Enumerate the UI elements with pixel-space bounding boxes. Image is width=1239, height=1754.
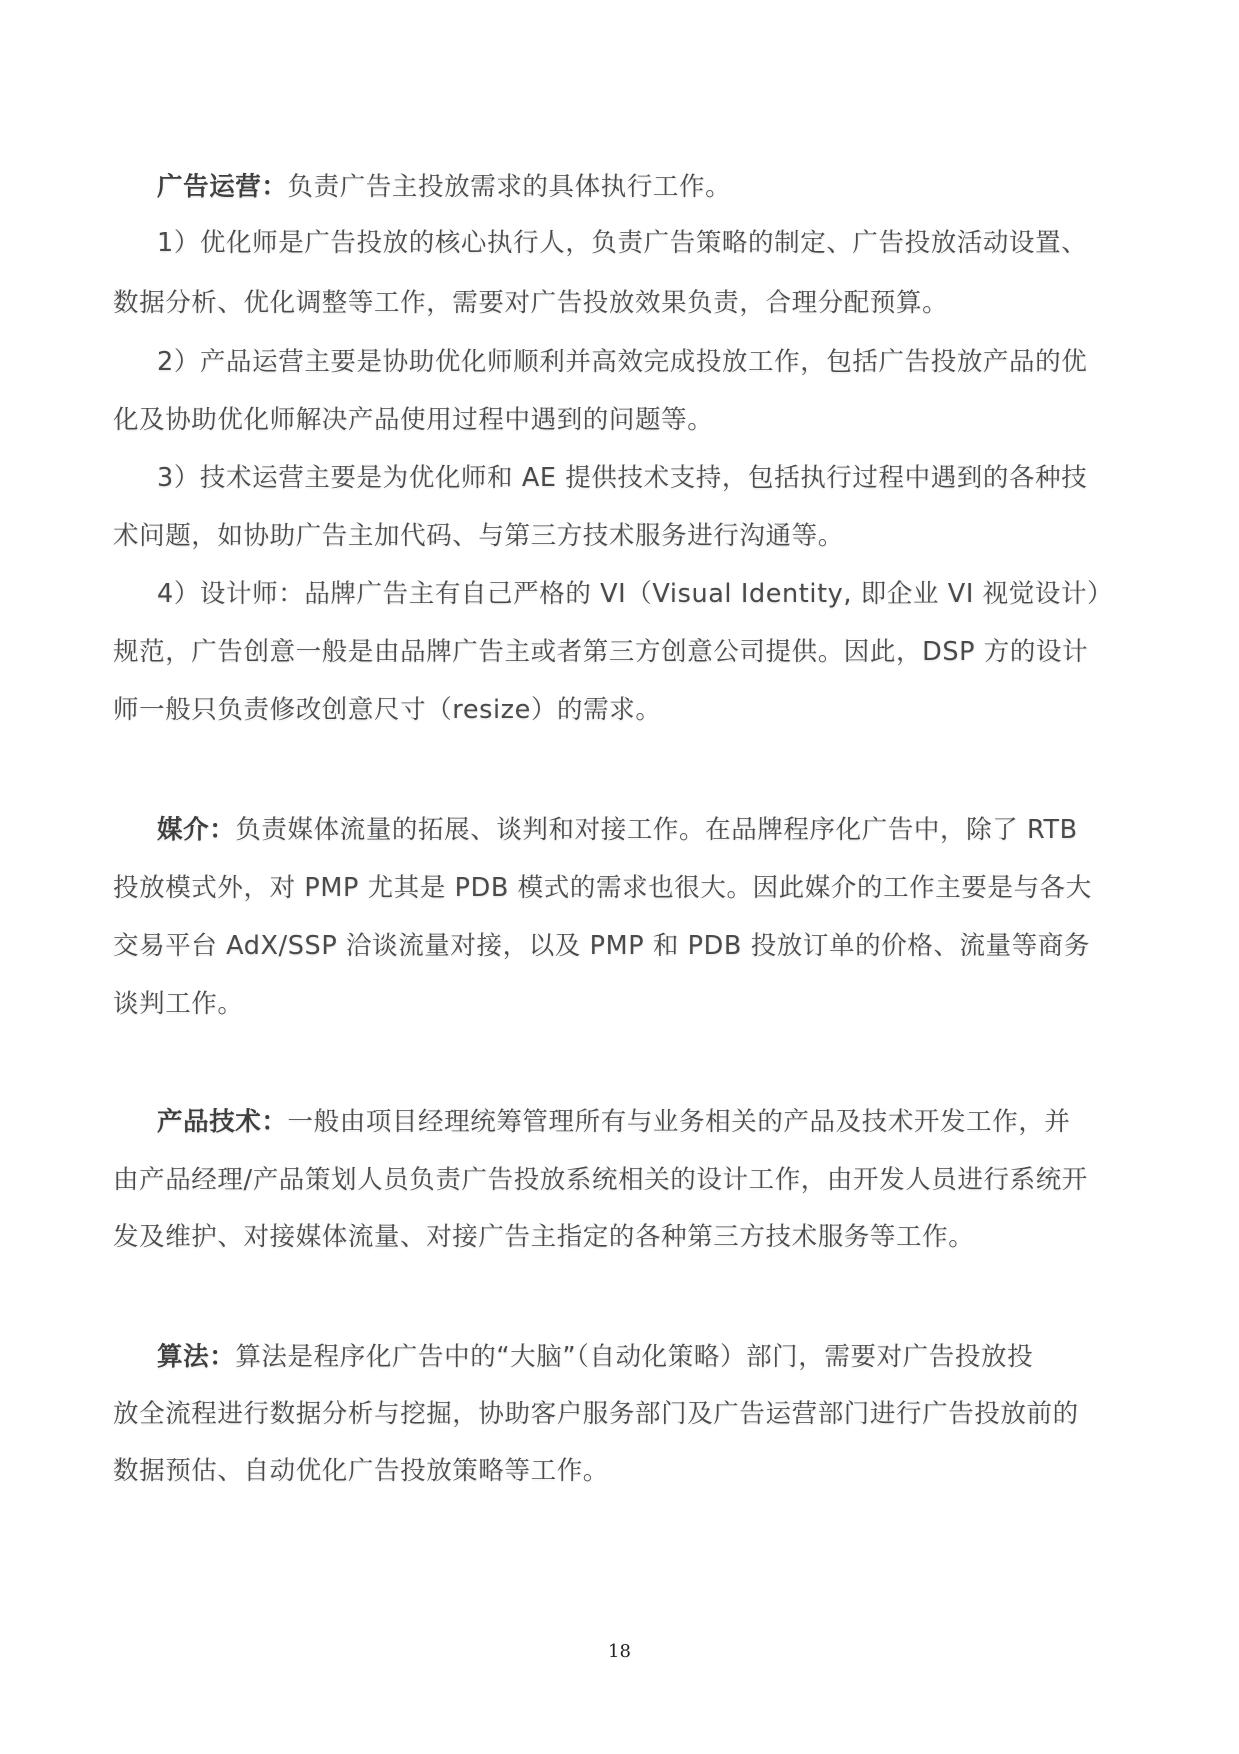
paragraph-line: 交易平台 AdX/SSP 洽谈流量对接，以及 PMP 和 PDB 投放订单的价格… — [113, 926, 1123, 966]
paragraph-line: 放全流程进行数据分析与挖掘，协助客户服务部门及广告运营部门进行广告投放前的 — [113, 1394, 1123, 1434]
paragraph-line: 谈判工作。 — [113, 984, 1123, 1024]
paragraph-line: 由产品经理/产品策划人员负责广告投放系统相关的设计工作，由开发人员进行系统开 — [113, 1160, 1123, 1200]
section-heading: 产品技术： — [157, 1107, 288, 1137]
paragraph-line: 1）优化师是广告投放的核心执行人，负责广告策略的制定、广告投放活动设置、 — [157, 223, 1123, 263]
paragraph-line: 3）技术运营主要是为优化师和 AE 提供技术支持，包括执行过程中遇到的各种技 — [157, 458, 1123, 498]
paragraph-line: 媒介：负责媒体流量的拓展、谈判和对接工作。在品牌程序化广告中，除了 RTB — [157, 810, 1123, 850]
paragraph-line: 算法：算法是程序化广告中的“大脑”（自动化策略）部门，需要对广告投放投 — [157, 1337, 1123, 1377]
document-page: 广告运营：负责广告主投放需求的具体执行工作。 1）优化师是广告投放的核心执行人，… — [0, 0, 1239, 1754]
paragraph-line: 投放模式外，对 PMP 尤其是 PDB 模式的需求也很大。因此媒介的工作主要是与… — [113, 868, 1123, 908]
paragraph-line: 术问题，如协助广告主加代码、与第三方技术服务进行沟通等。 — [113, 516, 1123, 556]
paragraph-line: 产品技术：一般由项目经理统筹管理所有与业务相关的产品及技术开发工作，并 — [157, 1102, 1123, 1142]
paragraph-line: 数据预估、自动优化广告投放策略等工作。 — [113, 1451, 1123, 1491]
section-heading: 媒介： — [157, 815, 235, 845]
section-heading: 算法： — [157, 1342, 235, 1372]
paragraph-line: 数据分析、优化调整等工作，需要对广告投放效果负责，合理分配预算。 — [113, 283, 1123, 323]
paragraph-line: 发及维护、对接媒体流量、对接广告主指定的各种第三方技术服务等工作。 — [113, 1217, 1123, 1257]
paragraph-line: 2）产品运营主要是协助优化师顺利并高效完成投放工作，包括广告投放产品的优 — [157, 342, 1123, 382]
section-heading: 广告运营： — [157, 172, 288, 202]
page-number: 18 — [0, 1641, 1239, 1662]
paragraph-line: 师一般只负责修改创意尺寸（resize）的需求。 — [113, 690, 1123, 730]
paragraph-line: 广告运营：负责广告主投放需求的具体执行工作。 — [157, 167, 1123, 207]
paragraph-line: 化及协助优化师解决产品使用过程中遇到的问题等。 — [113, 400, 1123, 440]
paragraph-line: 规范，广告创意一般是由品牌广告主或者第三方创意公司提供。因此，DSP 方的设计 — [113, 632, 1123, 672]
paragraph-line: 4）设计师：品牌广告主有自己严格的 VI（Visual Identity, 即企… — [157, 574, 1123, 614]
